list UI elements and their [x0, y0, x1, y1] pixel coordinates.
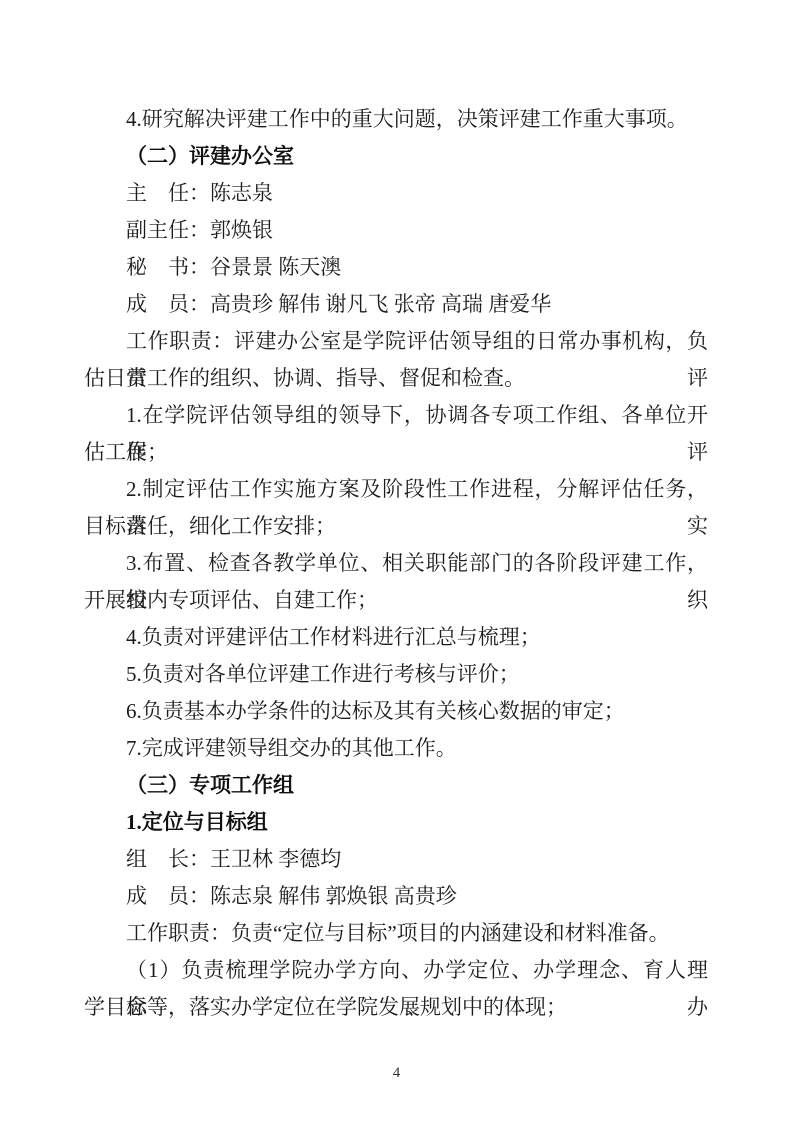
text-line: 2.制定评估工作实施方案及阶段性工作进程，分解评估任务，落实 — [84, 471, 708, 508]
text-line: 工作职责：负责“定位与目标”项目的内涵建设和材料准备。 — [84, 915, 708, 952]
text-line: 工作职责：评建办公室是学院评估领导组的日常办事机构，负责评 — [84, 323, 708, 360]
text-line: 3.布置、检查各教学单位、相关职能部门的各阶段评建工作，组织 — [84, 545, 708, 582]
text-line: 4.负责对评建评估工作材料进行汇总与梳理； — [84, 619, 708, 656]
text-line: 成 员：高贵珍 解伟 谢凡飞 张帝 高瑞 唐爱华 — [84, 286, 708, 323]
document-body: 4.研究解决评建工作中的重大问题，决策评建工作重大事项。（二）评建办公室主 任：… — [84, 101, 708, 1026]
page-number: 4 — [0, 1064, 793, 1082]
text-line: 4.研究解决评建工作中的重大问题，决策评建工作重大事项。 — [84, 101, 708, 138]
text-line: 6.负责基本办学条件的达标及其有关核心数据的审定； — [84, 693, 708, 730]
text-line: 副主任：郭焕银 — [84, 212, 708, 249]
text-line: （1）负责梳理学院办学方向、办学定位、办学理念、育人理念、办 — [84, 952, 708, 989]
heading-line: 1.定位与目标组 — [84, 804, 708, 841]
text-line: 组 长：王卫林 李德均 — [84, 841, 708, 878]
text-line: 主 任：陈志泉 — [84, 175, 708, 212]
document-page: 4.研究解决评建工作中的重大问题，决策评建工作重大事项。（二）评建办公室主 任：… — [0, 0, 793, 1122]
heading-line: （二）评建办公室 — [84, 138, 708, 175]
text-line: 5.负责对各单位评建工作进行考核与评价； — [84, 656, 708, 693]
text-line: 成 员：陈志泉 解伟 郭焕银 高贵珍 — [84, 878, 708, 915]
text-line: 1.在学院评估领导组的领导下，协调各专项工作组、各单位开展评 — [84, 397, 708, 434]
text-line: 7.完成评建领导组交办的其他工作。 — [84, 730, 708, 767]
heading-line: （三）专项工作组 — [84, 767, 708, 804]
text-line: 秘 书：谷景景 陈天澳 — [84, 249, 708, 286]
